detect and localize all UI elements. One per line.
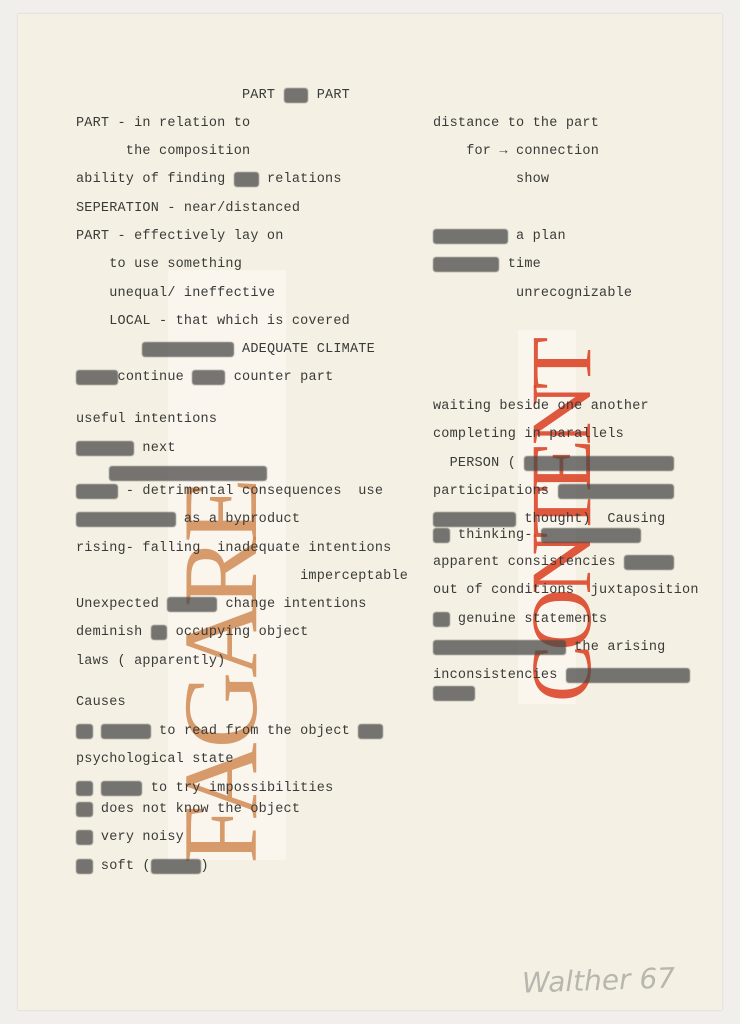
typed-line: FIRST - detrimental consequences use [76,484,383,499]
typed-line: 1. very noisy [76,830,184,845]
typed-line: LOCAL - that which is covered [76,314,350,329]
typed-line: what if next [76,441,176,456]
typed-line: too much time [433,257,541,272]
typed-line: out of conditions juxtaposition [433,583,699,598]
typed-line: rising- falling inadequate intentions [76,541,391,556]
typed-line: completing in parallels [433,427,624,442]
typed-line: waiting beside one another [433,399,649,414]
typed-line: of thinking- consequences [433,528,641,543]
typed-line: PART - effectively lay on [76,229,284,244]
typed-line: imperceptable [76,569,408,584]
typed-line: spirations thought) Causing [433,512,665,527]
typed-line: apparent consistencies wiping [433,555,674,570]
typed-line: Causes [76,695,126,710]
typed-line: PART - in relation to [76,116,250,131]
typed-line: deminish an occupying object [76,625,308,640]
typed-line: to use something [76,257,242,272]
typed-line: 3. does not know the object [76,802,300,817]
paper-sheet: FAGARE CONTENT PART AND PARTPART - in re… [18,14,722,1010]
typed-line: for → connection [433,144,599,159]
typed-line: useful intentions [76,412,217,427]
typed-line: inconsistencies which insecuri- [433,668,690,683]
typed-line: SEPERATION - near/distanced [76,201,300,216]
typed-line: PERSON ( originally neither [433,456,674,471]
typed-line: unrecognizable [433,286,632,301]
typed-line: distance to the part [433,116,599,131]
typed-line: of genuine statements [433,612,607,627]
typed-line: 2. soft (tender) [76,859,209,874]
typed-line: unequal/ ineffective [76,286,275,301]
typed-line: disadvantage as a byproduct [76,512,300,527]
typed-line: the composition [76,144,250,159]
typed-line: attempts to show the arising [433,640,665,655]
typed-line: tion. [433,686,475,701]
typed-line: like part a plan [433,229,566,244]
signature: Walther 67 [521,961,675,999]
typed-line: laws ( apparently) [76,654,225,669]
typed-line: show [433,172,549,187]
heading: PART AND PART [242,88,350,103]
typed-line: readycontinue past counter part [76,370,333,385]
typed-line: 1. wanted to read from the object but [76,724,383,739]
typed-line: psychological state [76,752,234,767]
typed-line: 2. wants to try impossibilities [76,781,333,796]
typed-line: Unexpected pushes change intentions [76,597,367,612]
typed-line: OF WAIT FOR ADEQUATE CLIMATE [76,342,375,357]
typed-line: ability of finding and relations [76,172,342,187]
typed-line: participations nor useful in- [433,484,674,499]
typed-line: CLEAR AND DIFFICULT [76,466,267,481]
